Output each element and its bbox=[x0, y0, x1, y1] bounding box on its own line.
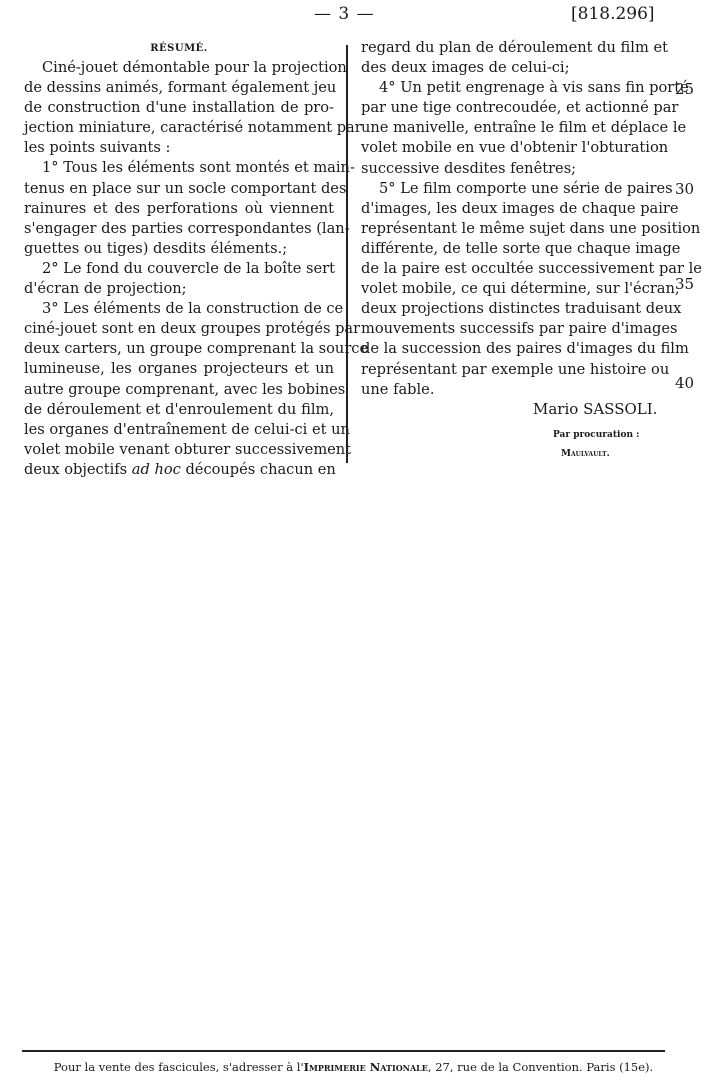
footer-suffix: , 27, rue de la Convention. Paris (15e). bbox=[428, 1060, 653, 1074]
footer-text: Pour la vente des fascicules, s'adresser… bbox=[0, 1060, 707, 1074]
section-heading-resume: RÉSUMÉ. bbox=[24, 38, 334, 58]
text-line: volet mobile, ce qui détermine, sur l'éc… bbox=[361, 279, 657, 299]
line-number: 25 bbox=[675, 80, 694, 98]
footer-prefix: Pour la vente des fascicules, s'adresser… bbox=[54, 1060, 304, 1074]
text-line: successive desdites fenêtres; bbox=[361, 159, 657, 179]
text-line: mouvements successifs par paire d'images bbox=[361, 319, 657, 339]
text-fragment: découpés chacun en bbox=[185, 461, 335, 478]
text-line: deux carters, un groupe comprenant la so… bbox=[24, 339, 334, 359]
line-number: 30 bbox=[675, 180, 694, 198]
text-line: par une tige contrecoudée, et actionné p… bbox=[361, 98, 657, 118]
text-line: de déroulement et d'enroulement du film, bbox=[24, 400, 334, 420]
text-line: d'écran de projection; bbox=[24, 279, 334, 299]
text-line: tenus en place sur un socle comportant d… bbox=[24, 179, 334, 199]
page-number: — 3 — bbox=[314, 4, 375, 24]
text-line: Ciné-jouet démontable pour la projection bbox=[24, 58, 334, 78]
proxy-name: Maulvault. bbox=[561, 449, 610, 459]
line-number: 40 bbox=[675, 374, 694, 392]
text-line: de dessins animés, formant également jeu bbox=[24, 78, 334, 98]
text-line: ciné-jouet sont en deux groupes protégés… bbox=[24, 319, 334, 339]
italic-term: ad hoc bbox=[132, 461, 181, 478]
text-line: jection miniature, caractérisé notamment… bbox=[24, 118, 334, 138]
text-line: volet mobile en vue d'obtenir l'obturati… bbox=[361, 138, 657, 158]
text-line: d'images, les deux images de chaque pair… bbox=[361, 199, 657, 219]
text-line: des deux images de celui-ci; bbox=[361, 58, 657, 78]
left-column: RÉSUMÉ. Ciné-jouet démontable pour la pr… bbox=[24, 38, 334, 480]
text-line: représentant le même sujet dans une posi… bbox=[361, 219, 657, 239]
text-line: les points suivants : bbox=[24, 138, 334, 158]
text-line: de construction d'une installation de pr… bbox=[24, 98, 334, 118]
signature-name: Mario SASSOLI. bbox=[533, 400, 657, 418]
proxy-label: Par procuration : bbox=[553, 430, 639, 440]
text-line: 4° Un petit engrenage à vis sans fin por… bbox=[361, 78, 657, 98]
text-fragment: deux objectifs bbox=[24, 461, 127, 478]
text-line: de la paire est occultée successivement … bbox=[361, 259, 657, 279]
footer-rule bbox=[22, 1050, 665, 1052]
footer-publisher: Imprimerie Nationale bbox=[304, 1060, 428, 1074]
patent-number: [818.296] bbox=[571, 4, 655, 24]
text-line: les organes d'entraînement de celui-ci e… bbox=[24, 420, 334, 440]
text-line: regard du plan de déroulement du film et bbox=[361, 38, 657, 58]
text-line: autre groupe comprenant, avec les bobine… bbox=[24, 380, 334, 400]
text-line: 3° Les éléments de la construction de ce bbox=[24, 299, 334, 319]
text-line: volet mobile venant obturer successiveme… bbox=[24, 440, 334, 460]
text-line: 5° Le film comporte une série de paires bbox=[361, 179, 657, 199]
text-line: 1° Tous les éléments sont montés et main… bbox=[24, 158, 334, 178]
text-line: différente, de telle sorte que chaque im… bbox=[361, 239, 657, 259]
text-line: s'engager des parties correspondantes (l… bbox=[24, 219, 334, 239]
text-line: une manivelle, entraîne le film et dépla… bbox=[361, 118, 657, 138]
text-line: deux projections distinctes traduisant d… bbox=[361, 299, 657, 319]
text-line: 2° Le fond du couvercle de la boîte sert bbox=[24, 259, 334, 279]
text-line: lumineuse, les organes projecteurs et un bbox=[24, 359, 334, 379]
text-line: une fable. bbox=[361, 380, 657, 400]
line-number: 35 bbox=[675, 275, 694, 293]
text-line: guettes ou tiges) desdits éléments.; bbox=[24, 239, 334, 259]
column-separator bbox=[346, 45, 348, 463]
text-line-with-italic: deux objectifs ad hoc découpés chacun en bbox=[24, 460, 334, 480]
right-column: regard du plan de déroulement du film et… bbox=[361, 38, 657, 400]
text-line: représentant par exemple une histoire ou bbox=[361, 360, 657, 380]
text-line: rainures et des perforations où viennent bbox=[24, 199, 334, 219]
text-line: de la succession des paires d'images du … bbox=[361, 339, 657, 359]
